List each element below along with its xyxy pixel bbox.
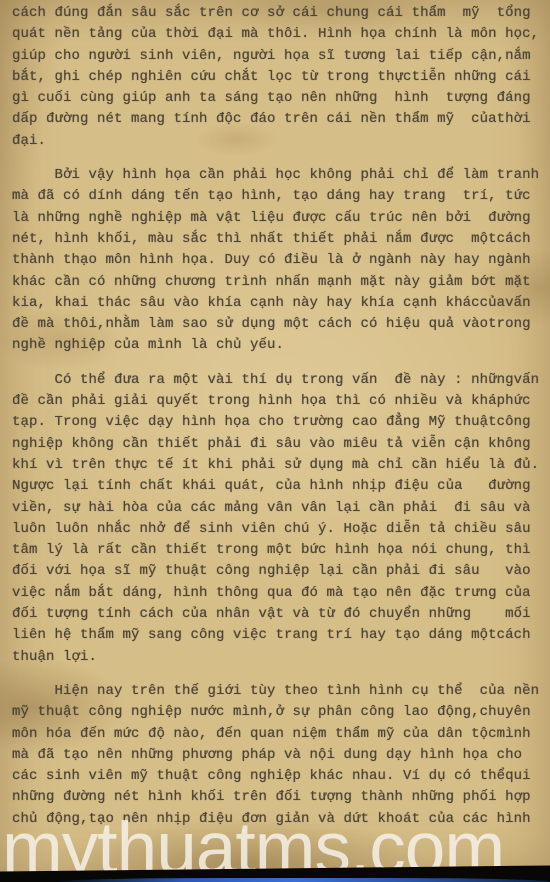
text-line: liên hệ thẩm mỹ sang công việc trang trí… xyxy=(12,625,542,646)
paper-background: cách đúng đắn sâu sắc trên cơ sở cái chu… xyxy=(0,0,550,872)
text-line: gì cuối cùng giúp anh ta sáng tạo nên nh… xyxy=(12,88,542,109)
text-line: nghề nghiệp của mình là chủ yếu. xyxy=(12,335,542,356)
text-line: viền, sự hài hòa của các mảng vân vân lạ… xyxy=(12,498,542,519)
paragraph: Bởi vậy hình họa cần phải học không phải… xyxy=(12,165,542,357)
paragraph: Có thể đưa ra một vài thí dụ trong vấn đ… xyxy=(12,370,542,668)
text-line: Ngược lại tính chất khái quát, của hình … xyxy=(12,476,542,497)
paragraph: cách đúng đắn sâu sắc trên cơ sở cái chu… xyxy=(12,3,542,152)
text-line: nét, hình khối, màu sắc thì nhất thiết p… xyxy=(12,229,542,250)
text-line: quát nền tảng của thời đại mà thôi. Hình… xyxy=(12,24,542,45)
text-line: môn hóa đến mức độ nào, đến quan niệm th… xyxy=(12,724,542,745)
blue-edge-line xyxy=(58,878,550,882)
text-line: những đường nét hình khối trên đối tượng… xyxy=(12,787,542,808)
text-line: là những nghề nghiệp mà vật liệu được cấ… xyxy=(12,208,542,229)
text-line: tâm lý là rất cần thiết trong một bức hì… xyxy=(12,540,542,561)
text-line: việc nắm bắt dáng, hình thông qua đó mà … xyxy=(12,583,542,604)
text-line: khác cần có những chương trình nhấn mạnh… xyxy=(12,272,542,293)
text-line: nghiệp không cần thiết phải đi sâu vào m… xyxy=(12,434,542,455)
text-line: giúp cho người sinh viên, người họa sĩ t… xyxy=(12,46,542,67)
text-column: cách đúng đắn sâu sắc trên cơ sở cái chu… xyxy=(12,3,542,830)
text-line: mà đã có dính dáng tến tạo hình, tạo dán… xyxy=(12,186,542,207)
text-line: thuận lợi. xyxy=(12,647,542,668)
text-line: Có thể đưa ra một vài thí dụ trong vấn đ… xyxy=(12,370,542,391)
text-line: đề mà thôi,nhằm làm sao sử dụng một cách… xyxy=(12,314,542,335)
scanned-page: cách đúng đắn sâu sắc trên cơ sở cái chu… xyxy=(0,0,550,882)
text-line: đại. xyxy=(12,131,542,152)
text-line: khí vì trên thực tế ít khi phải sử dụng … xyxy=(12,455,542,476)
text-line: mỹ thuật công nghiệp nước mình,ở sự phân… xyxy=(12,702,542,723)
text-line: các sinh viên mỹ thuật công nghiệp khác … xyxy=(12,766,542,787)
text-line: tạp. Trong việc dạy hình họa cho trường … xyxy=(12,412,542,433)
text-line: Hiện nay trên thế giới tùy theo tình hìn… xyxy=(12,681,542,702)
text-line: luôn luôn nhắc nhở để sinh viên chú ý. H… xyxy=(12,519,542,540)
text-line: bắt, ghi chép nghiên cứu chắt lọc từ tro… xyxy=(12,67,542,88)
text-line: dấp đường nét mang tính độc đáo trên cái… xyxy=(12,109,542,130)
text-line: kia, khai thác sâu vào khía cạnh này hay… xyxy=(12,293,542,314)
text-line: cách đúng đắn sâu sắc trên cơ sở cái chu… xyxy=(12,3,542,24)
text-line: đối với họa sĩ mỹ thuật công nghiệp lại … xyxy=(12,561,542,582)
text-line: Bởi vậy hình họa cần phải học không phải… xyxy=(12,165,542,186)
text-line: thành thạo môn hình họa. Duy có điều là … xyxy=(12,250,542,271)
text-line: đề cần phải giải quyết trong hình họa th… xyxy=(12,391,542,412)
text-line: mà đã tạo nên những phương pháp và nội d… xyxy=(12,745,542,766)
text-line: đối tượng tính cách của nhân vật và từ đ… xyxy=(12,604,542,625)
